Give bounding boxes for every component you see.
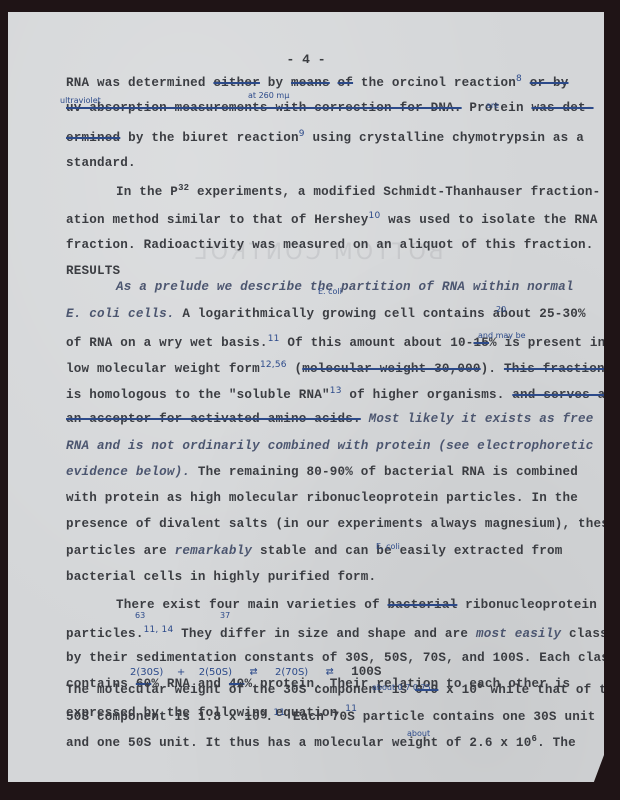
typed-text: x 10 bbox=[438, 683, 477, 697]
typed-text: They differ in size and shape and are bbox=[173, 627, 476, 641]
equation-plus: + bbox=[177, 667, 185, 678]
typed-text: RNA was determined bbox=[66, 76, 213, 90]
typed-text: classified bbox=[561, 627, 620, 641]
struck-text: and serves as bbox=[512, 388, 613, 402]
typed-text: and one 50S unit. It thus has a molecula… bbox=[66, 736, 531, 750]
text-line: an acceptor for activated amino acids. M… bbox=[66, 412, 594, 426]
typed-text: In the P bbox=[116, 185, 178, 199]
typed-text: using crystalline chymotrypsin as a bbox=[305, 131, 584, 145]
typed-text: by the biuret reaction bbox=[120, 131, 298, 145]
typed-text: particles are bbox=[66, 544, 175, 558]
text-line: standard. bbox=[66, 156, 136, 170]
text-line: with protein as high molecular ribonucle… bbox=[66, 491, 578, 505]
typed-text bbox=[330, 76, 338, 90]
text-line: RESULTS bbox=[66, 264, 120, 278]
struck-text: an acceptor for activated amino acids. bbox=[66, 412, 361, 426]
handwritten-annotation: about 0.7 0.75 bbox=[372, 683, 431, 692]
struck-text: means bbox=[291, 76, 330, 90]
reference-superscript: 11 bbox=[273, 708, 285, 718]
text-line: evidence below). The remaining 80-90% of… bbox=[66, 465, 578, 479]
text-line: RNA was determined either by means of th… bbox=[66, 74, 568, 90]
equilibrium-arrow-icon: ⇄ bbox=[326, 664, 334, 679]
slashed-out-text: evidence below). bbox=[66, 465, 190, 479]
text-line: The molecular weight of the 30S componen… bbox=[66, 681, 620, 697]
handwritten-annotation: about bbox=[407, 729, 430, 738]
text-line: particles.11, 14 They differ in size and… bbox=[66, 625, 620, 641]
equation-term-30s: 2(30S) bbox=[130, 667, 163, 678]
handwritten-annotation: 63 bbox=[135, 611, 145, 620]
struck-text: of bbox=[338, 76, 354, 90]
text-line: by their sedimentation constants of 30S,… bbox=[66, 651, 617, 665]
typed-text: is homologous to the "soluble RNA" bbox=[66, 388, 330, 402]
text-line: is homologous to the "soluble RNA"13 of … bbox=[66, 386, 613, 402]
handwritten-annotation: 20 bbox=[496, 305, 506, 314]
reference-superscript: 10 bbox=[369, 211, 381, 221]
struck-text: either bbox=[213, 76, 260, 90]
text-line: bacterial cells in highly purified form. bbox=[66, 570, 376, 584]
text-line: As a prelude we describe the partition o… bbox=[116, 280, 574, 294]
superscript: 32 bbox=[178, 183, 189, 193]
typed-text: by their sedimentation constants of 30S,… bbox=[66, 651, 617, 665]
typed-text: particles. bbox=[66, 627, 144, 641]
struck-text: bacterial bbox=[388, 598, 458, 612]
text-line: ation method similar to that of Hershey1… bbox=[66, 211, 598, 227]
text-line: and one 50S unit. It thus has a molecula… bbox=[66, 734, 576, 750]
typed-text: A logarithmically growing cell contains … bbox=[175, 307, 586, 321]
struck-text: molecular weight 30,000 bbox=[302, 362, 480, 376]
text-line: presence of divalent salts (in our exper… bbox=[66, 517, 617, 531]
text-line: particles are remarkably stable and can … bbox=[66, 544, 563, 558]
slashed-out-text: RNA and is not ordinarily combined with … bbox=[66, 439, 594, 453]
handwritten-annotation: 37 bbox=[220, 611, 230, 620]
reference-superscript: 13 bbox=[330, 386, 342, 396]
typed-text: ). bbox=[481, 362, 504, 376]
typed-text: the orcinol reaction bbox=[353, 76, 516, 90]
typed-text: ribonucleoprotein bbox=[457, 598, 597, 612]
typed-text: fraction. Radioactivity was measured on … bbox=[66, 238, 594, 252]
slashed-out-text: most easily bbox=[476, 627, 561, 641]
struck-text: was det- bbox=[531, 101, 593, 115]
slashed-out-text: remarkably bbox=[175, 544, 253, 558]
struck-text: This fraction bbox=[504, 362, 605, 376]
typed-text: while that of the bbox=[483, 683, 620, 697]
text-line: fraction. Radioactivity was measured on … bbox=[66, 238, 594, 252]
reference-superscript: 11, 14 bbox=[144, 625, 174, 635]
typed-text: ation method similar to that of Hershey bbox=[66, 213, 369, 227]
struck-text: ermined bbox=[66, 131, 120, 145]
reference-superscript: 12,56 bbox=[260, 360, 287, 370]
typed-text: Each 70S particle contains one 30S unit bbox=[285, 710, 595, 724]
typed-text bbox=[522, 76, 530, 90]
slashed-out-text: As a prelude we describe the partition o… bbox=[116, 280, 574, 294]
typed-text: RESULTS bbox=[66, 264, 120, 278]
handwritten-annotation: ultraviolet bbox=[60, 96, 101, 105]
struck-text: uv absorption measurements with correcti… bbox=[66, 101, 462, 115]
text-line: RNA and is not ordinarily combined with … bbox=[66, 439, 594, 453]
text-line: uv absorption measurements with correcti… bbox=[66, 101, 594, 115]
typed-text: of higher organisms. bbox=[342, 388, 513, 402]
typed-text: stable and can be easily extracted from bbox=[252, 544, 562, 558]
equation: 2(30S) + 2(50S) ⇄ 2(70S) ⇄ 100S bbox=[130, 664, 381, 679]
typed-text: 50S component is 1.8 x 10 bbox=[66, 710, 260, 724]
typed-text: was used to isolate the RNA bbox=[380, 213, 597, 227]
typed-text: bacterial cells in highly purified form. bbox=[66, 570, 376, 584]
handwritten-annotation: E. coli bbox=[318, 287, 342, 296]
slashed-out-text: E. coli cells. bbox=[66, 307, 175, 321]
typed-text: low molecular weight form bbox=[66, 362, 260, 376]
text-line: low molecular weight form12,56 (molecula… bbox=[66, 360, 605, 376]
handwritten-annotation: at 260 mμ bbox=[248, 91, 289, 100]
typed-text: There exist four main varieties of bbox=[116, 598, 388, 612]
struck-text: or by bbox=[530, 76, 569, 90]
text-line: 50S component is 1.8 x 106.11 Each 70S p… bbox=[66, 708, 595, 724]
text-line: There exist four main varieties of bacte… bbox=[116, 598, 597, 612]
handwritten-annotation: and may be bbox=[478, 331, 526, 340]
typed-text: . The bbox=[537, 736, 576, 750]
typed-text: The remaining 80-90% of bacterial RNA is… bbox=[190, 465, 578, 479]
typed-text: The molecular weight of the 30S componen… bbox=[66, 683, 415, 697]
text-line: In the P32 experiments, a modified Schmi… bbox=[116, 183, 600, 199]
typed-text: ( bbox=[287, 362, 303, 376]
reference-superscript: 11 bbox=[268, 334, 280, 344]
document-page: BOTTOM CONTROL - 4 - RNA was determined … bbox=[8, 12, 604, 782]
text-line: E. coli cells. A logarithmically growing… bbox=[66, 307, 586, 321]
equation-term-100s: 100S bbox=[351, 665, 381, 679]
typed-text: by bbox=[260, 76, 291, 90]
typed-text: standard. bbox=[66, 156, 136, 170]
equation-term-70s: 2(70S) bbox=[275, 667, 308, 678]
equation-term-50s: 2(50S) bbox=[199, 667, 232, 678]
equilibrium-arrow-icon: ⇄ bbox=[250, 664, 258, 679]
page-number: - 4 - bbox=[8, 52, 604, 67]
typed-text: presence of divalent salts (in our exper… bbox=[66, 517, 617, 531]
handwritten-annotation: are bbox=[486, 101, 499, 110]
typed-text: of RNA on a wry wet basis. bbox=[66, 336, 268, 350]
text-line: ermined by the biuret reaction9 using cr… bbox=[66, 129, 584, 145]
typed-text: Of this amount about 10- bbox=[280, 336, 474, 350]
typed-text bbox=[361, 412, 369, 426]
typed-text: experiments, a modified Schmidt-Thanhaus… bbox=[189, 185, 600, 199]
slashed-out-text: Most likely it exists as free bbox=[369, 412, 594, 426]
typed-text: with protein as high molecular ribonucle… bbox=[66, 491, 578, 505]
handwritten-annotation: E. coli bbox=[376, 542, 400, 551]
